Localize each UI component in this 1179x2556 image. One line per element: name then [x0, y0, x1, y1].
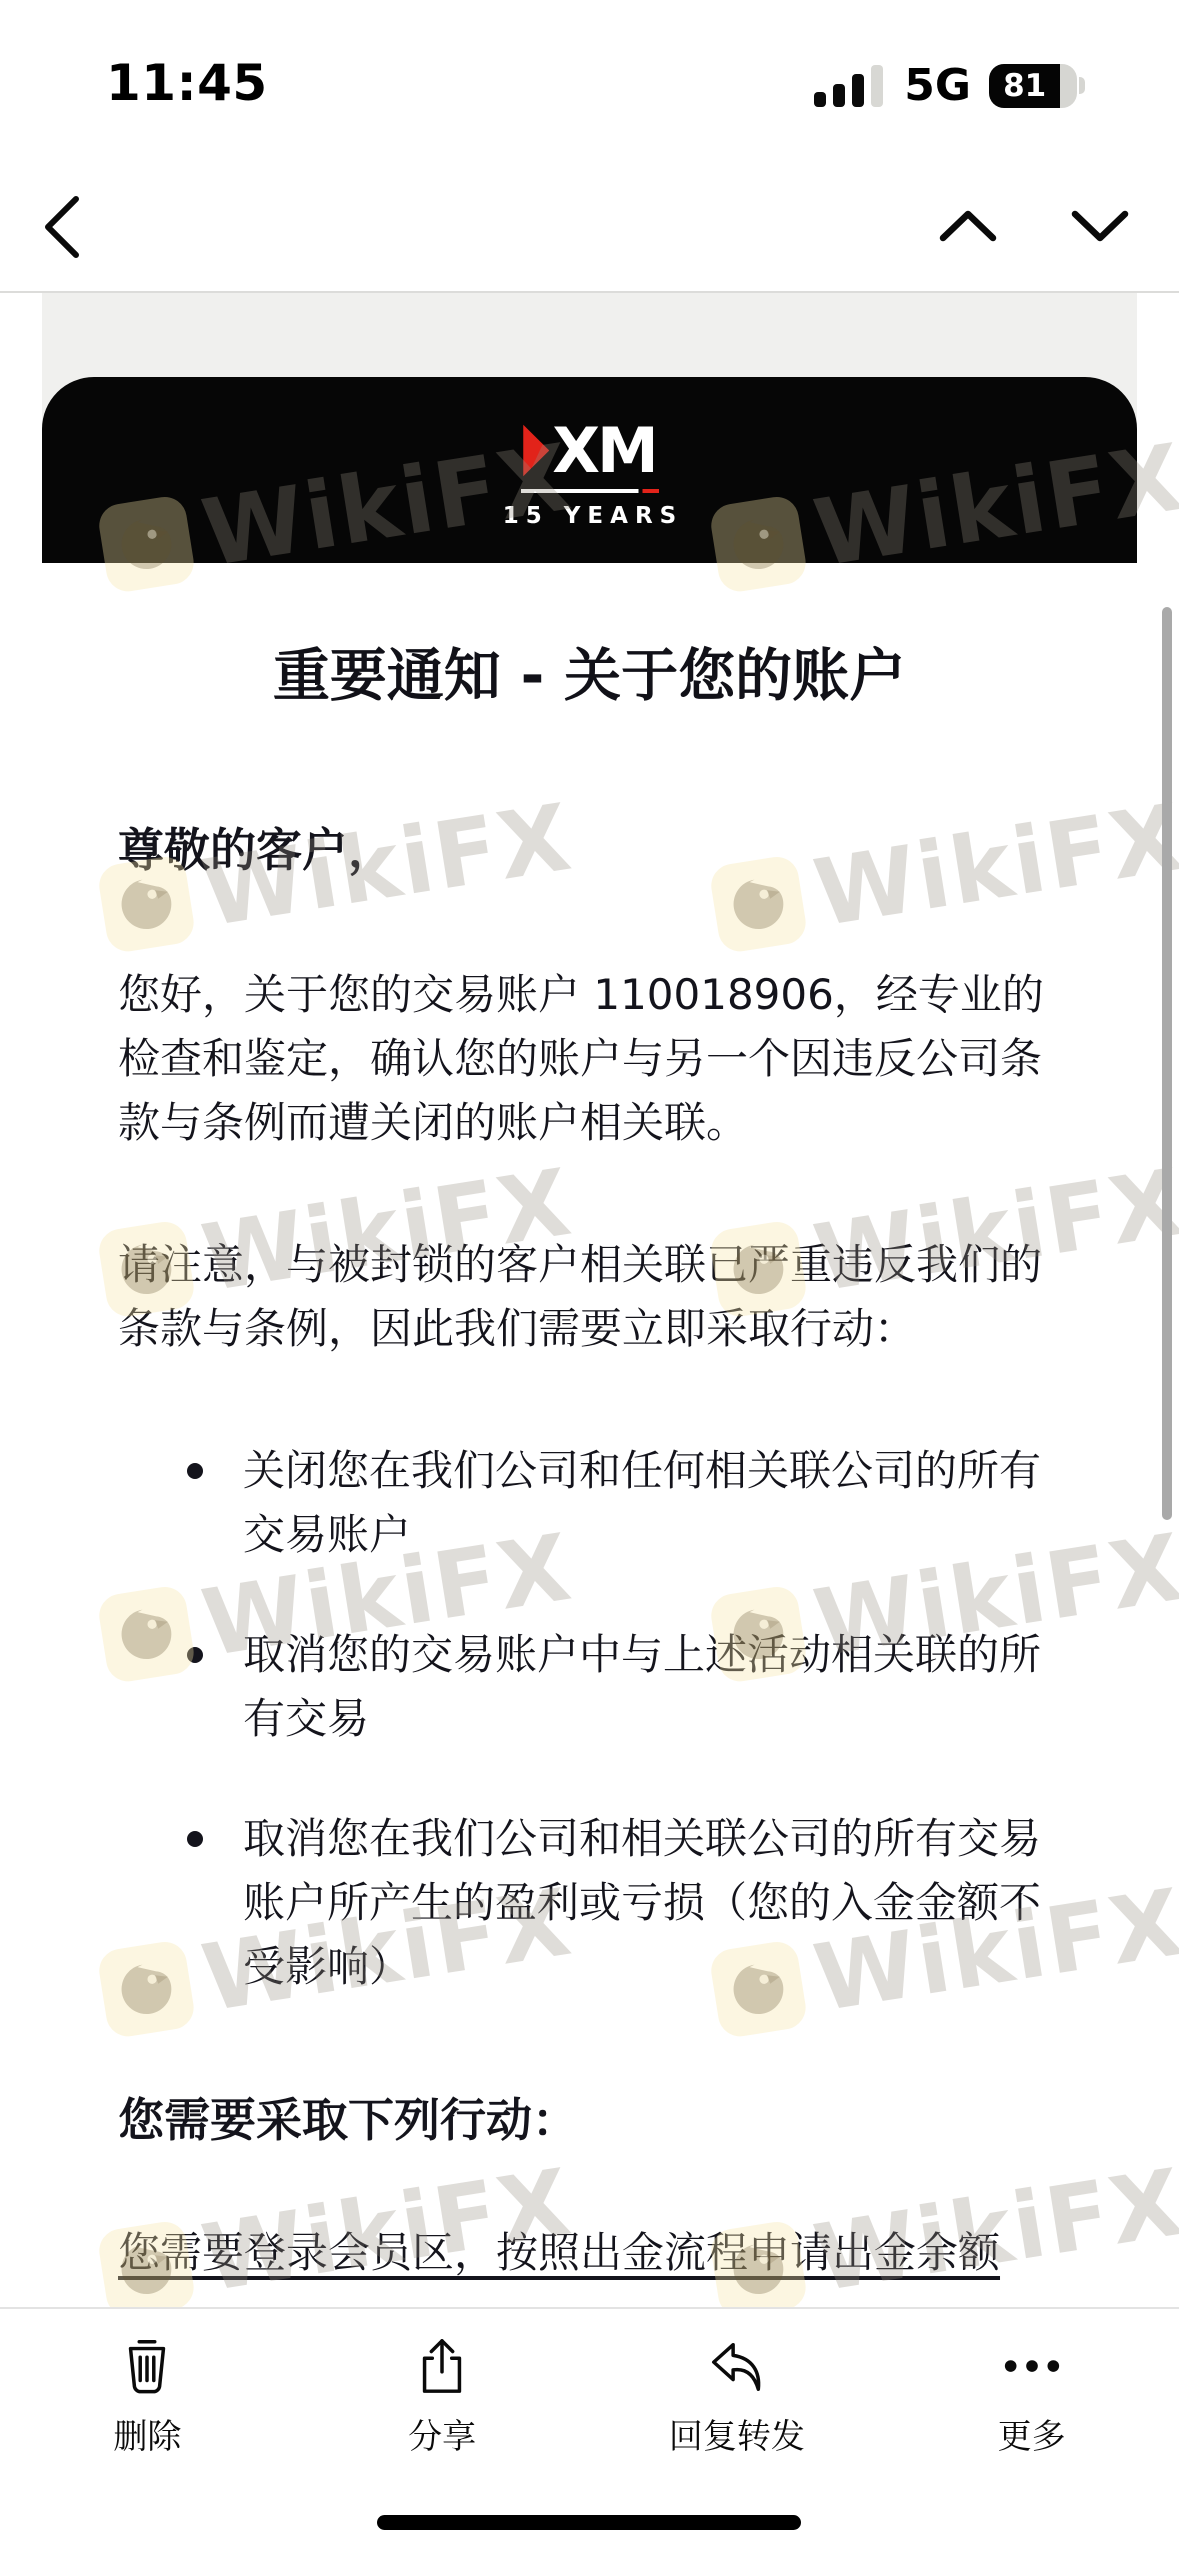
home-indicator[interactable]	[377, 2515, 801, 2530]
xm-logo-tagline: 15 YEARS	[496, 503, 683, 529]
action-heading: 您需要采取下列行动：	[118, 2085, 1061, 2155]
network-type-label: 5G	[904, 60, 971, 111]
xm-logo-arrow-icon	[523, 423, 549, 479]
email-body: 尊敬的客户， 您好，关于您的交易账户 110018906，经专业的检查和鉴定，确…	[0, 815, 1179, 2285]
back-button[interactable]	[40, 194, 84, 260]
mail-nav-bar	[0, 130, 1179, 293]
list-item: 关闭您在我们公司和任何相关联公司的所有交易账户	[243, 1439, 1061, 1567]
list-item: 取消您在我们公司和相关联公司的所有交易账户所产生的盈利或亏损（您的入金金额不受影…	[243, 1807, 1061, 1999]
more-button[interactable]: 更多	[884, 2309, 1179, 2469]
toolbar-label: 更多	[998, 2409, 1066, 2458]
xm-logo-rule	[521, 489, 659, 493]
bullet-list: 关闭您在我们公司和任何相关联公司的所有交易账户 取消您的交易账户中与上述活动相关…	[118, 1439, 1061, 1999]
delete-button[interactable]: 删除	[0, 2309, 295, 2469]
reply-icon	[706, 2335, 768, 2397]
paragraph: 您好，关于您的交易账户 110018906，经专业的检查和鉴定，确认您的账户与另…	[118, 963, 1061, 1155]
email-title: 重要通知 - 关于您的账户	[40, 633, 1139, 719]
email-background-strip: XM 15 YEARS	[42, 293, 1137, 563]
battery-percent: 81	[989, 64, 1060, 108]
toolbar-label: 删除	[113, 2409, 181, 2458]
share-button[interactable]: 分享	[295, 2309, 590, 2469]
share-icon	[411, 2335, 473, 2397]
toolbar-label: 分享	[408, 2409, 476, 2458]
status-icons: 5G 81	[814, 60, 1085, 111]
salutation: 尊敬的客户，	[118, 815, 1061, 885]
xm-banner: XM 15 YEARS	[42, 377, 1137, 563]
next-message-button[interactable]	[1071, 206, 1129, 246]
clock: 11:45	[106, 54, 268, 112]
reply-forward-button[interactable]: 回复转发	[590, 2309, 885, 2469]
xm-logo: XM 15 YEARS	[496, 420, 683, 529]
battery-nub	[1079, 77, 1085, 94]
scrollbar[interactable]	[1162, 607, 1172, 1520]
iphone-mail-screen: { "status_bar": { "time": "11:45", "netw…	[0, 0, 1179, 2556]
xm-logo-text: XM	[552, 420, 656, 482]
trash-icon	[116, 2335, 178, 2397]
withdrawal-link[interactable]: 您需要登录会员区，按照出金流程申请出金余额	[118, 2221, 1061, 2285]
previous-message-button[interactable]	[939, 206, 997, 246]
email-content-scroll[interactable]: XM 15 YEARS 重要通知 - 关于您的账户 尊敬的客户， 您好，关于您的…	[0, 293, 1179, 2309]
battery-icon: 81	[989, 64, 1085, 108]
cellular-signal-icon	[814, 64, 886, 108]
more-icon	[1001, 2335, 1063, 2397]
toolbar-label: 回复转发	[669, 2409, 805, 2458]
status-bar: 11:45 5G 81	[0, 0, 1179, 130]
list-item: 取消您的交易账户中与上述活动相关联的所有交易	[243, 1623, 1061, 1751]
paragraph: 请注意，与被封锁的客户相关联已严重违反我们的条款与条例，因此我们需要立即采取行动…	[118, 1233, 1061, 1361]
